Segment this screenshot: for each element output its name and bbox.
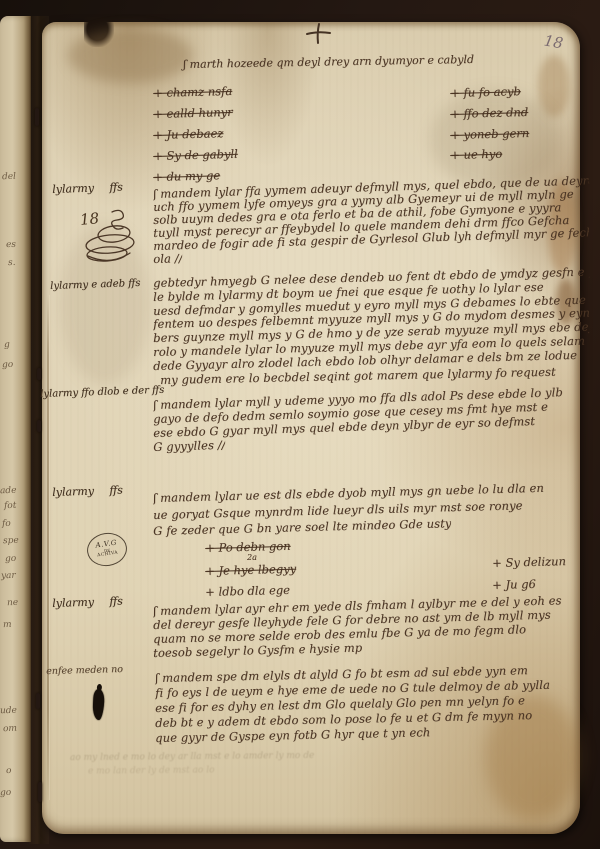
edge-fragment: ade [0,486,17,497]
edge-fragment: es [6,240,16,250]
bleed-line: e mo lan der ly de mst ao lo [88,765,215,776]
binding-stitch [37,420,41,432]
list-item: + ue hyo [450,147,502,162]
edge-fragment: g [4,340,10,350]
list-item: + Ju g6 [492,577,536,592]
edge-fragment: fo [2,519,11,529]
entry-line: G gyyylles // [153,438,226,454]
list-item: + ealld hunyr [153,105,233,121]
binding-stitch [38,782,42,802]
edge-fragment: ne [7,598,18,608]
edge-fragment: go [5,554,17,564]
list-item: + Sy delizun [492,554,566,570]
margin-label: lylarmy ffs [52,595,123,610]
folio-number: 18 [543,31,565,52]
spiral-doodle [76,206,142,266]
cross-mark [303,20,333,46]
edge-fragment: go [0,788,11,798]
entry-line: ola // [153,251,183,266]
margin-label: enfee meden no [46,664,123,677]
list-item: + yoneb gern [450,126,529,142]
bleed-line: ao my lned e mo lo dey ar lla mst e lo a… [70,751,314,763]
list-item: + ffo dez dnd [450,105,528,121]
margin-label: lylarmy ffs [52,484,123,499]
binding-stitch [37,368,41,380]
list-item: + chamz nsfa [153,84,232,100]
binding-stitch [35,108,39,126]
edge-fragment: del [2,172,16,182]
edge-fragment: ude [0,706,17,717]
edge-fragment: go [2,360,14,370]
edge-fragment: yar [1,571,16,582]
binding-stitch [36,693,40,709]
list-item: + Ju debaez [153,126,224,142]
edge-fragment: om [3,724,17,734]
sublist-note: 2a [247,553,257,562]
edge-fragment: o [6,766,12,776]
edge-fragment: fot [4,501,17,511]
list-item: + du my ge [153,168,220,184]
edge-fragment: s. [8,258,16,268]
stain [68,28,193,83]
margin-label: lylarmy ffs [52,181,123,196]
manuscript-scan: 18 ʃ marth hozeede qm deyl drey arn dyum… [0,0,600,849]
list-item: + ldbo dla ege [205,583,290,599]
list-item: + Je hye lbegyy [205,562,296,578]
list-item: + fu fo acyb [450,84,521,100]
stamp-line3: ACHIVA [97,552,118,559]
edge-fragment: spe [3,536,19,547]
facing-page-edge [0,16,31,842]
edge-fragment: m [3,620,12,630]
list-item: + Sy de gabyll [153,147,238,163]
page-crease [47,295,49,800]
